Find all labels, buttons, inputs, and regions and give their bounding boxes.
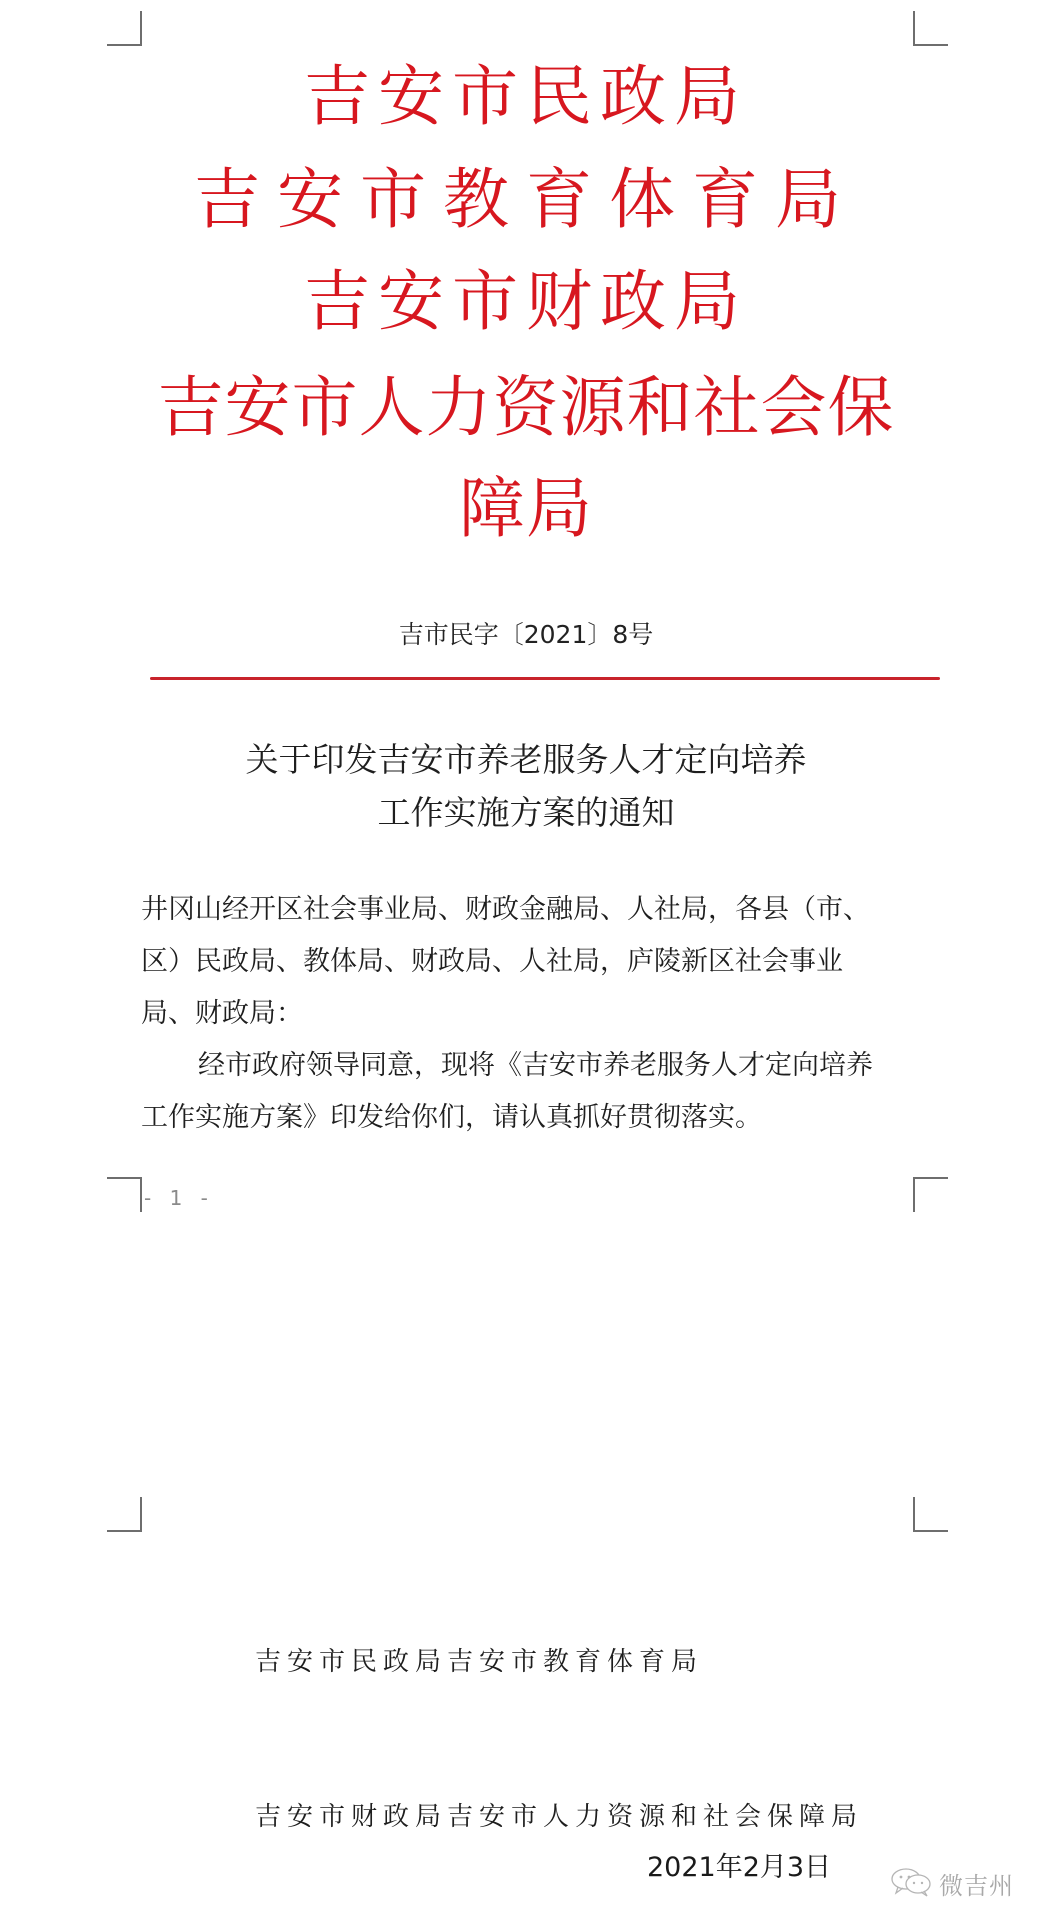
page-number: - 1 - [144, 1186, 214, 1210]
issuer-line: 吉安市财政局 [0, 267, 1052, 337]
issuer-line: 吉安市民政局 [0, 62, 1052, 132]
page-corner-mark-top-left [107, 1497, 142, 1532]
paragraph-line: 经市政府领导同意，现将《吉安市养老服务人才定向培养 [141, 1040, 901, 1092]
document-title-line-1: 关于印发吉安市养老服务人才定向培养 [0, 734, 1052, 786]
issuer-line: 障局 [0, 474, 1052, 544]
page-corner-mark-bottom-right [913, 1177, 948, 1212]
red-divider-line [150, 677, 940, 680]
signature-line-1: 吉安市民政局吉安市教育体育局 [255, 1647, 703, 1677]
recipients-line: 区）民政局、教体局、财政局、人社局，庐陵新区社会事业 [141, 936, 901, 988]
recipients-line: 井冈山经开区社会事业局、财政金融局、人社局，各县（市、 [141, 884, 901, 936]
signature-line-2: 吉安市财政局吉安市人力资源和社会保障局 [255, 1802, 863, 1832]
document-number: 吉市民字〔2021〕8号 [0, 620, 1052, 650]
document-body: 井冈山经开区社会事业局、财政金融局、人社局，各县（市、 区）民政局、教体局、财政… [141, 884, 901, 1144]
issuer-line: 吉安市人力资源和社会保 [0, 373, 1052, 443]
recipients-line: 局、财政局： [141, 988, 901, 1040]
page-corner-mark-top-right [913, 11, 948, 46]
wechat-icon [890, 1867, 934, 1901]
signing-date: 2021年2月3日 [647, 1853, 831, 1883]
page-corner-mark-top-left [107, 11, 142, 46]
document-title-line-2: 工作实施方案的通知 [0, 787, 1052, 839]
watermark-text: 微吉州 [939, 1866, 1014, 1901]
paragraph-line: 工作实施方案》印发给你们，请认真抓好贯彻落实。 [141, 1092, 901, 1144]
page-corner-mark-bottom-left [107, 1177, 142, 1212]
page-corner-mark-top-right [913, 1497, 948, 1532]
watermark: 微吉州 [890, 1866, 1014, 1901]
issuer-line: 吉安市教育体育局 [0, 165, 1052, 235]
